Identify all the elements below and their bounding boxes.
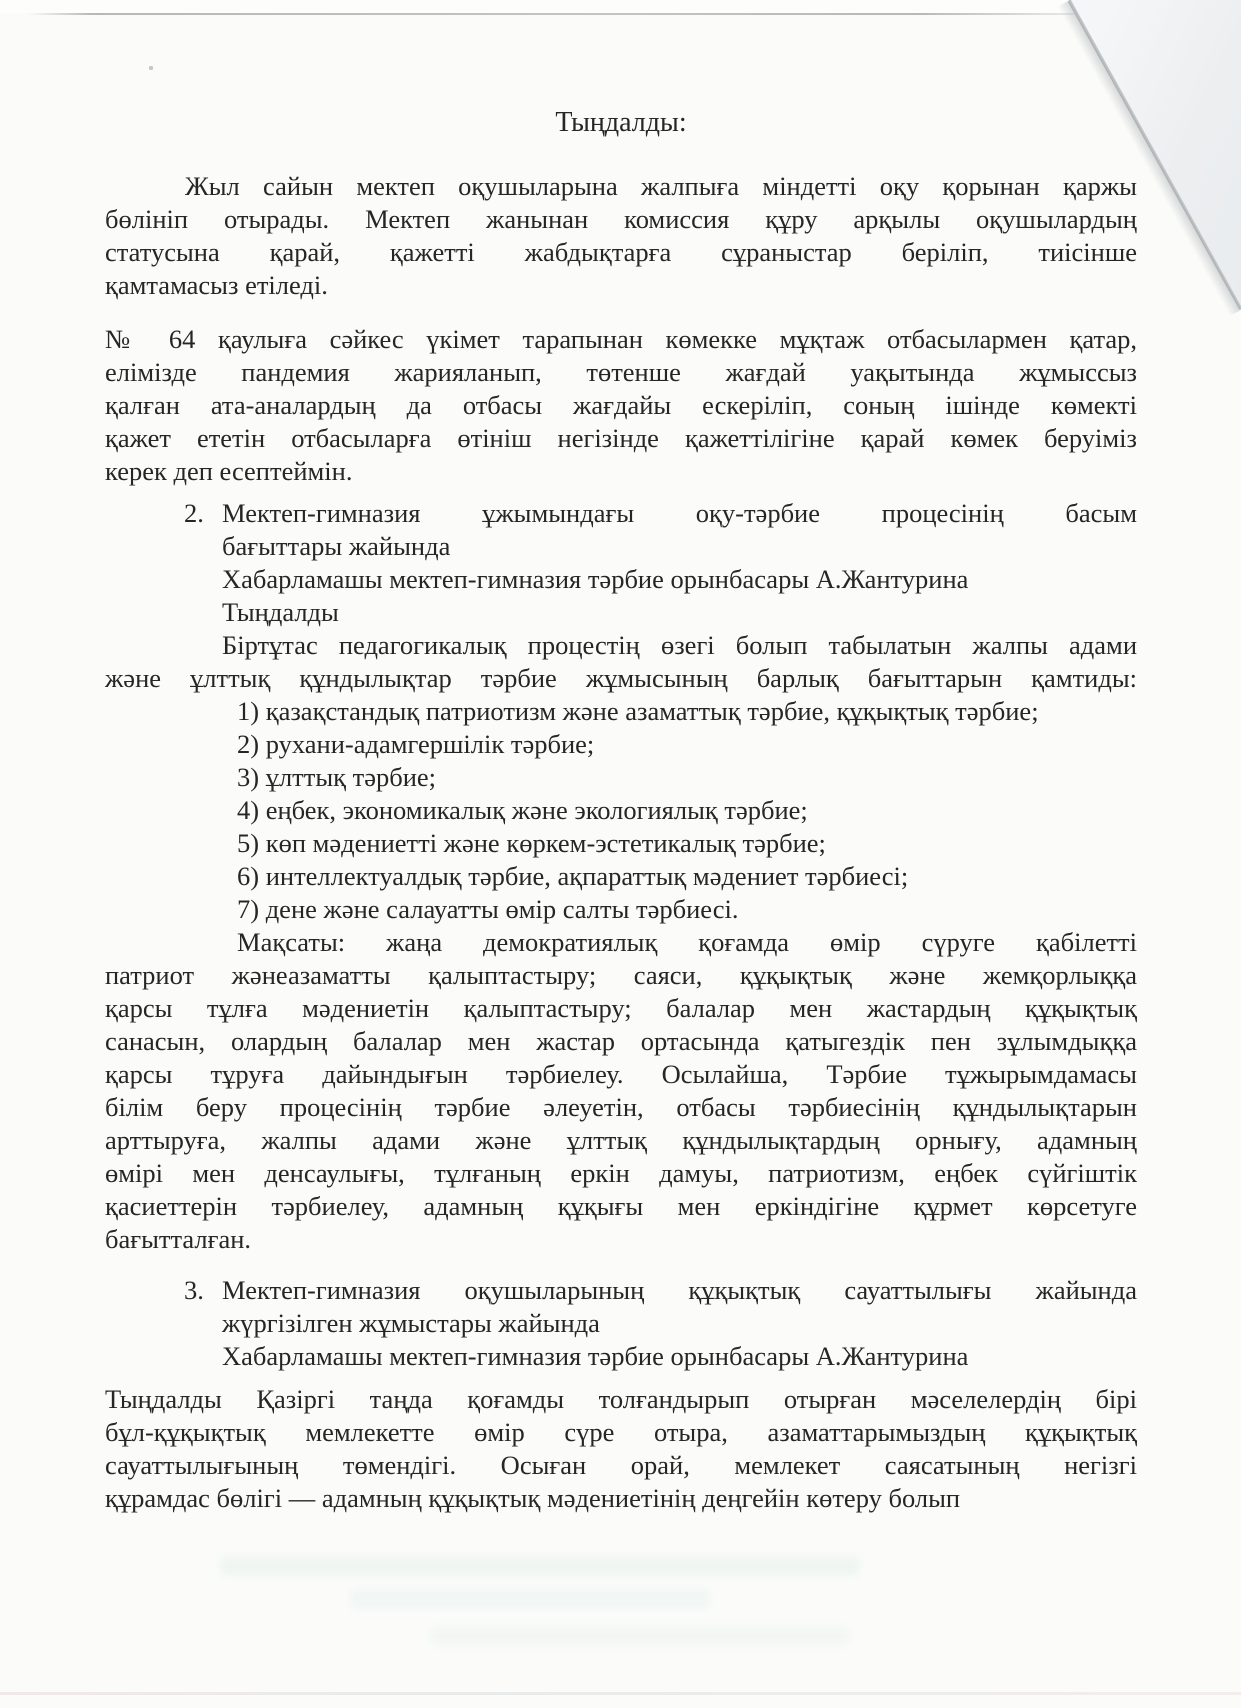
item-number: 2. — [184, 497, 204, 530]
direction-item: 7) дене және салауатты өмір салты тәрбие… — [237, 893, 1137, 926]
text-line: арттыруға, жалпы адами және ұлттық құнды… — [105, 1124, 1137, 1157]
page-title: Тыңдалды: — [105, 106, 1137, 139]
bleed-through-artifact — [350, 1588, 710, 1610]
item-heading-line: жүргізілген жұмыстары жайында — [222, 1307, 1137, 1340]
paper-top-edge — [28, 13, 1074, 15]
text-line: бағытталған. — [105, 1223, 1137, 1256]
direction-item: 3) ұлттық тәрбие; — [237, 761, 1137, 794]
text-line: статусына қарай, қажетті жабдықтарға сұр… — [105, 236, 1137, 269]
paper-bottom-edge — [0, 1692, 1241, 1695]
paragraph-goal: Мақсаты: жаңа демократиялық қоғамда өмір… — [105, 926, 1137, 1256]
text-line: елімізде пандемия жарияланып, төтенше жа… — [105, 356, 1137, 389]
document-page: Тыңдалды: Жыл сайын мектеп оқушыларына ж… — [0, 0, 1241, 1708]
paragraph-legal-literacy: Тыңдалды Қазіргі таңда қоғамды толғандыр… — [105, 1383, 1137, 1515]
text-line: қамтамасыз етіледі. — [105, 269, 1137, 302]
text-line: санасын, олардың балалар мен жастар орта… — [105, 1025, 1137, 1058]
text-line: Мақсаты: жаңа демократиялық қоғамда өмір… — [105, 926, 1137, 959]
text-line: № 64 қаулыға сәйкес үкімет тарапынан көм… — [105, 323, 1137, 356]
direction-item: 1) қазақстандық патриотизм және азаматты… — [237, 695, 1137, 728]
text-line: білім беру процесінің тәрбие әлеуетін, о… — [105, 1091, 1137, 1124]
bleed-through-artifact — [430, 1626, 850, 1646]
paragraph-annual-funding: Жыл сайын мектеп оқушыларына жалпыға мін… — [105, 170, 1137, 302]
direction-item: 5) көп мәдениетті және көркем-эстетикалы… — [237, 827, 1137, 860]
direction-item: 6) интеллектуалдық тәрбие, ақпараттық мә… — [237, 860, 1137, 893]
text-line: қажет ететін отбасыларға өтініш негізінд… — [105, 422, 1137, 455]
direction-item: 4) еңбек, экономикалық және экологиялық … — [237, 794, 1137, 827]
text-line: қарсы тұлға мәдениетін қалыптастыру; бал… — [105, 992, 1137, 1025]
directions-list: 1) қазақстандық патриотизм және азаматты… — [237, 695, 1137, 926]
paragraph-decree-64: № 64 қаулыға сәйкес үкімет тарапынан көм… — [105, 323, 1137, 488]
bleed-through-artifact — [220, 1556, 860, 1576]
text-line: қарсы тұруға дайындығын тәрбиелеу. Осыла… — [105, 1058, 1137, 1091]
item-heading-line: бағыттары жайында — [222, 530, 1137, 563]
text-line: керек деп есептеймін. — [105, 455, 1137, 488]
text-line: қасиеттерін тәрбиелеу, адамның құқығы ме… — [105, 1190, 1137, 1223]
heard-label: Тыңдалды — [222, 596, 1137, 629]
reporter-line: Хабарламашы мектеп-гимназия тәрбие орынб… — [222, 1340, 1137, 1373]
agenda-item-2: 2. Мектеп-гимназия ұжымындағы оқу-тәрбие… — [222, 497, 1137, 629]
text-line: Біртұтас педагогикалық процестің өзегі б… — [105, 629, 1137, 662]
paragraph-directions-lead: Біртұтас педагогикалық процестің өзегі б… — [105, 629, 1137, 695]
text-line: Жыл сайын мектеп оқушыларына жалпыға мін… — [105, 170, 1137, 203]
text-line: Тыңдалды Қазіргі таңда қоғамды толғандыр… — [105, 1383, 1137, 1416]
direction-item: 2) рухани-адамгершілік тәрбие; — [237, 728, 1137, 761]
scan-speck — [149, 66, 153, 70]
text-line: және ұлттық құндылықтар тәрбие жұмысының… — [105, 662, 1137, 695]
text-line: патриот жәнеазаматты қалыптастыру; саяси… — [105, 959, 1137, 992]
text-line: сауаттылығының төмендігі. Осыған орай, м… — [105, 1449, 1137, 1482]
text-line: өмірі мен денсаулығы, тұлғаның еркін дам… — [105, 1157, 1137, 1190]
item-number: 3. — [184, 1274, 204, 1307]
scanner-background-strip — [0, 0, 1073, 13]
folded-corner — [1066, 0, 1241, 312]
text-line: бөлініп отырады. Мектеп жанынан комиссия… — [105, 203, 1137, 236]
text-line: бұл-құқықтық мемлекетте өмір сүре отыра,… — [105, 1416, 1137, 1449]
item-heading-line: Мектеп-гимназия оқушыларының құқықтық са… — [222, 1274, 1137, 1307]
text-line: құрамдас бөлігі — адамның құқықтық мәден… — [105, 1482, 1137, 1515]
text-line: қалған ата-аналардың да отбасы жағдайы е… — [105, 389, 1137, 422]
reporter-line: Хабарламашы мектеп-гимназия тәрбие орынб… — [222, 563, 1137, 596]
item-heading-line: Мектеп-гимназия ұжымындағы оқу-тәрбие пр… — [222, 497, 1137, 530]
agenda-item-3: 3. Мектеп-гимназия оқушыларының құқықтық… — [222, 1274, 1137, 1373]
